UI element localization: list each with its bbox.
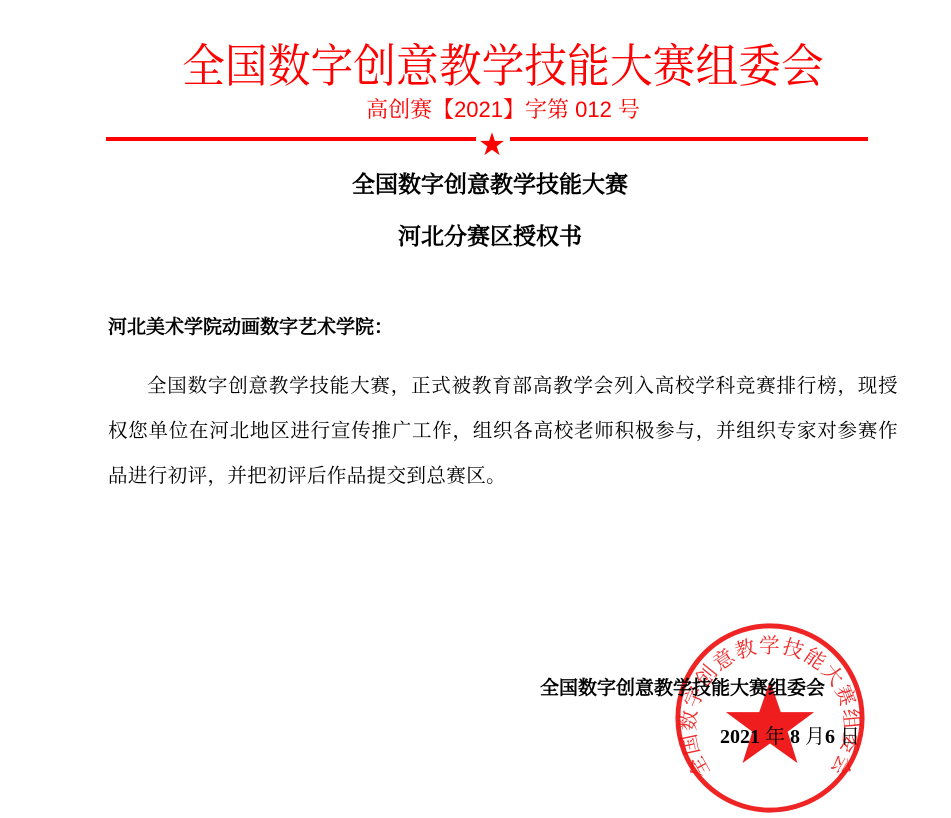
date-month-unit: 月 [805, 724, 825, 748]
official-seal: 全国数字创意教学技能大赛组委会 [672, 620, 868, 816]
document-number: 高创赛【2021】字第 012 号 [0, 96, 951, 124]
signature-organization: 全国数字创意教学技能大赛组委会 [540, 674, 825, 702]
letterhead-title: 全国数字创意教学技能大赛组委会 [35, 38, 951, 94]
date-day: 6 [825, 726, 835, 748]
letterhead-divider-right [510, 137, 868, 141]
signature-date: 2021 年 8 月6 日 [720, 722, 860, 751]
date-year-unit: 年 [765, 724, 785, 748]
document-title: 全国数字创意教学技能大赛 [0, 170, 951, 200]
body-paragraph: 全国数字创意教学技能大赛，正式被教育部高教学会列入高校学科竞赛排行榜，现授权您单… [108, 363, 898, 498]
date-month: 8 [790, 726, 800, 748]
document-subtitle: 河北分赛区授权书 [0, 222, 951, 252]
date-year: 2021 [720, 726, 760, 748]
letterhead-divider-left [106, 137, 476, 141]
star-icon [479, 131, 505, 157]
date-day-unit: 日 [840, 724, 860, 748]
salutation: 河北美术学院动画数字艺术学院： [108, 312, 393, 342]
